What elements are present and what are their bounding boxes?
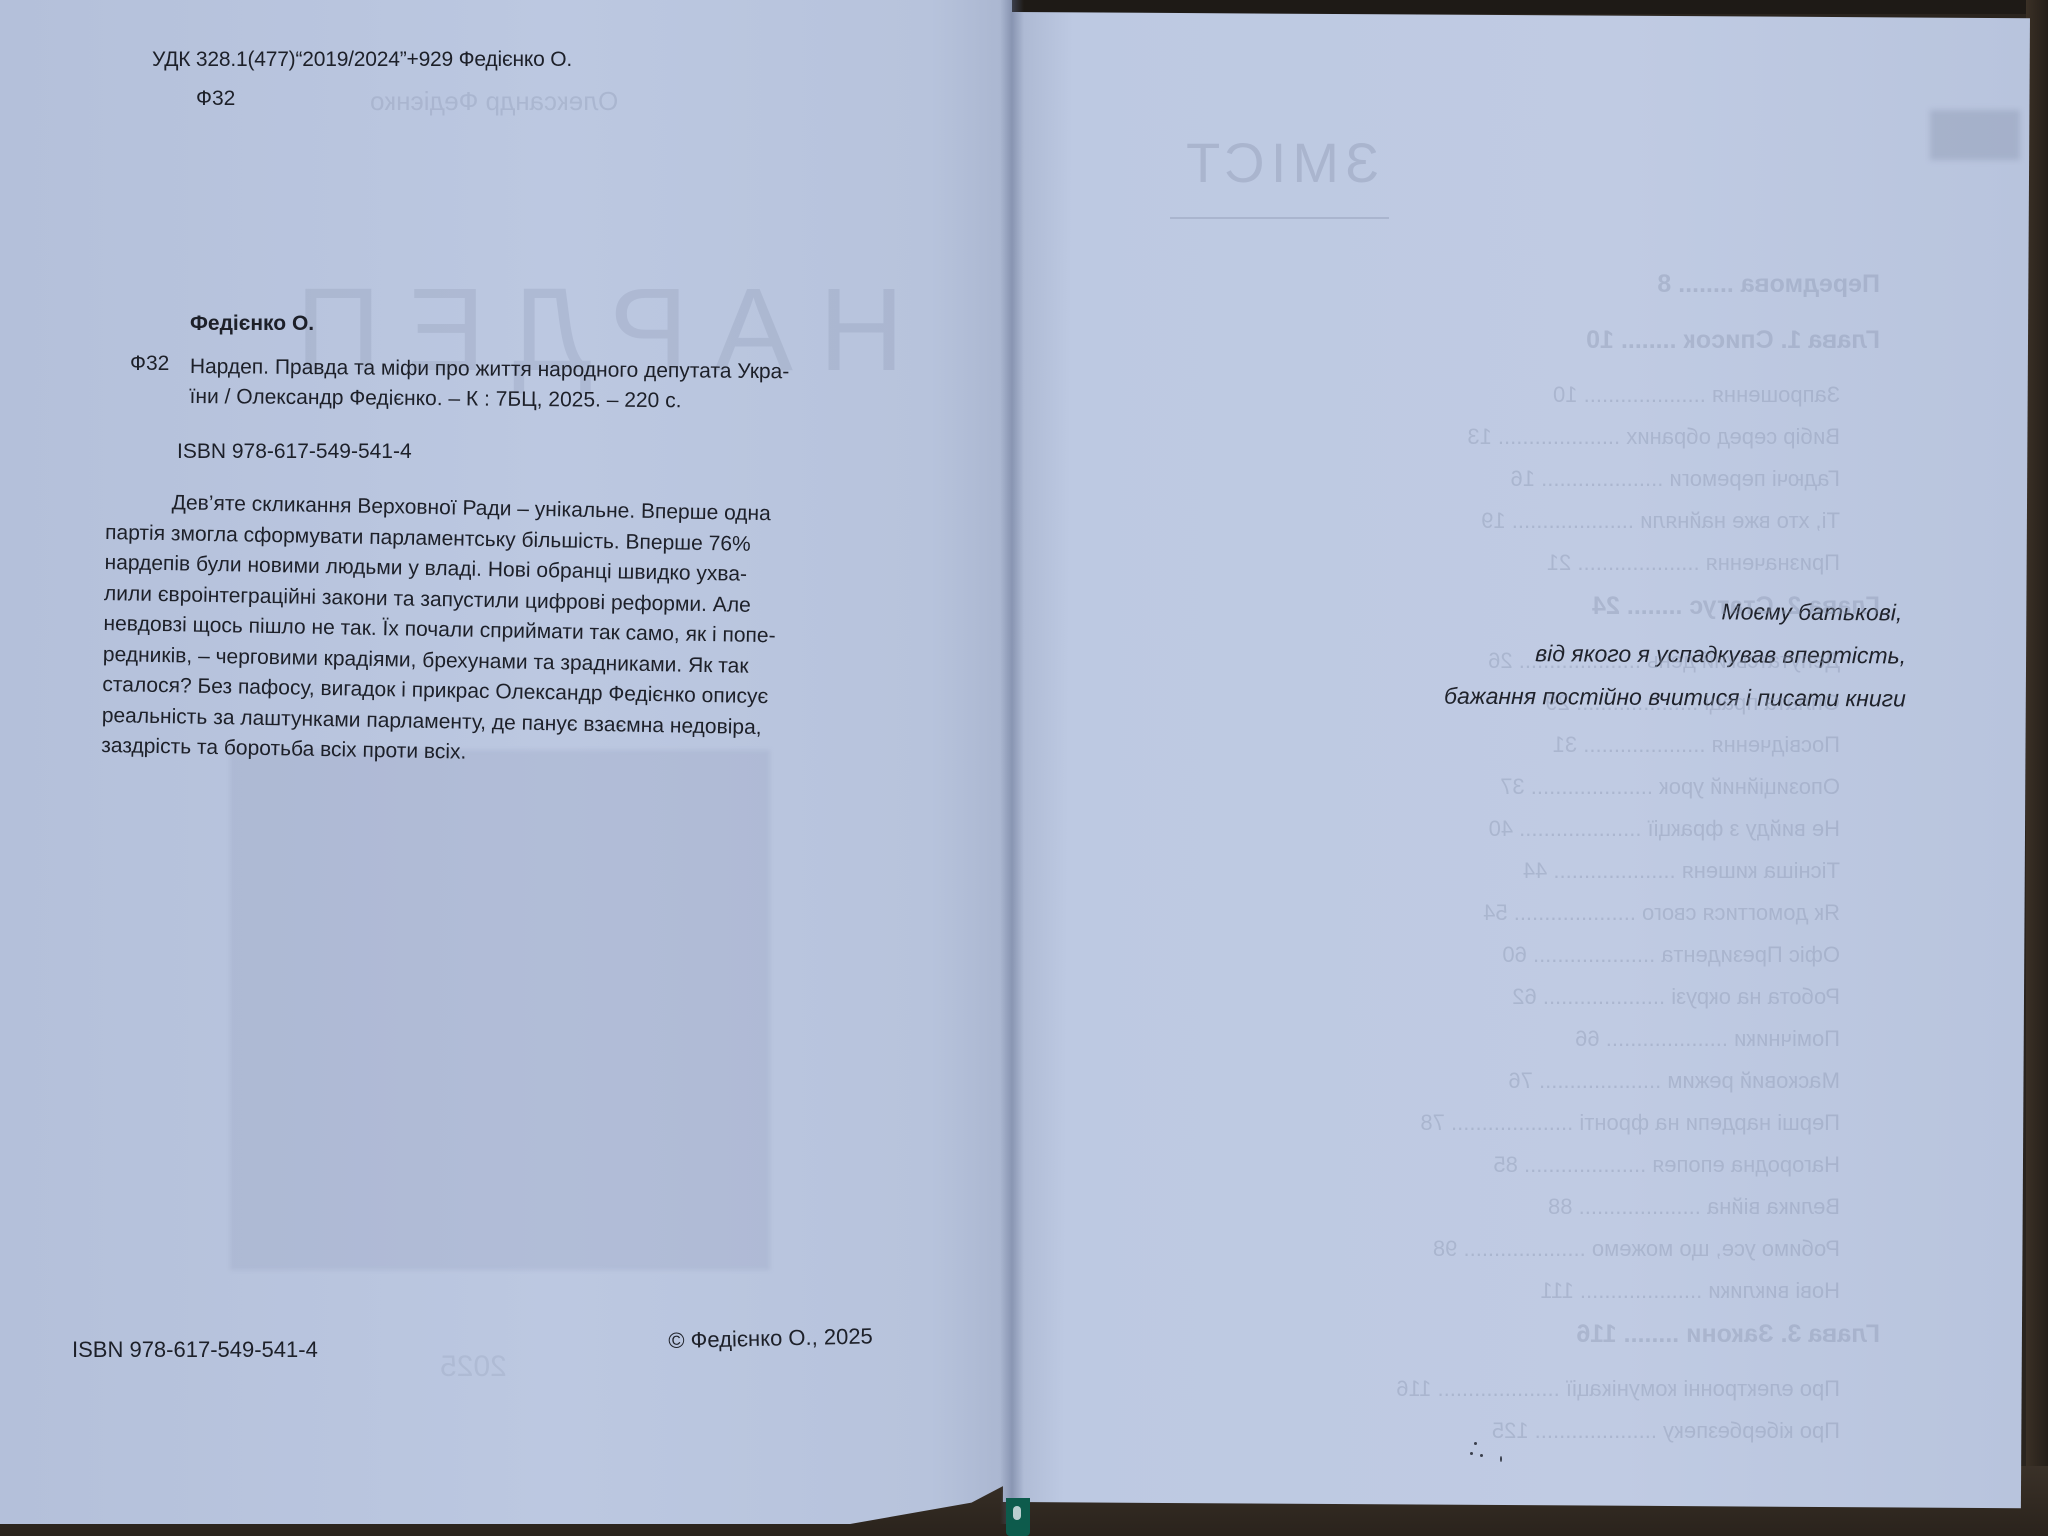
book-spread-photo: Олександр Федієнко НАРДЕП 2025 УДК 328.1… <box>0 0 2048 1536</box>
dedication-line: від якого я успадкував впертість, <box>1206 630 1906 677</box>
bibliographic-code: Ф32 <box>130 352 169 376</box>
headband-spine <box>1006 1498 1030 1536</box>
bibliographic-author: Федієнко О. <box>190 312 314 336</box>
bibliographic-line-2: їни / Олександр Федієнко. – К : 7БЦ, 202… <box>189 382 919 418</box>
book-cover-edge-right <box>2026 0 2048 1536</box>
bibliographic-description: Нардеп. Правда та міфи про життя народно… <box>189 352 919 418</box>
show-through-year: 2025 <box>440 1350 507 1384</box>
show-through-author: Олександр Федієнко <box>370 86 618 117</box>
footer-copyright: © Федієнко О., 2025 <box>668 1323 873 1354</box>
author-code: Ф32 <box>196 87 235 111</box>
left-page-imprint: Олександр Федієнко НАРДЕП 2025 УДК 328.1… <box>0 0 1012 1524</box>
show-through-mark <box>1930 110 2020 160</box>
show-through-cover-image <box>230 750 770 1270</box>
footer-isbn: ISBN 978-617-549-541-4 <box>72 1337 318 1363</box>
isbn-record: ISBN 978-617-549-541-4 <box>177 440 412 464</box>
right-page-dedication: Моєму батькові, від якого я успадкував в… <box>1003 12 2030 1508</box>
udk-classification: УДК 328.1(477)“2019/2024”+929 Федієнко О… <box>152 48 572 72</box>
book-gutter <box>1000 0 1024 1524</box>
dedication-line: Моєму батькові, <box>1206 587 1902 634</box>
dedication-text: Моєму батькові, від якого я успадкував в… <box>1206 587 1907 720</box>
book-annotation: Дев’яте скликання Верховної Ради – уніка… <box>101 487 916 776</box>
dedication-line: бажання постійно вчитися і писати книги <box>1206 673 1906 720</box>
